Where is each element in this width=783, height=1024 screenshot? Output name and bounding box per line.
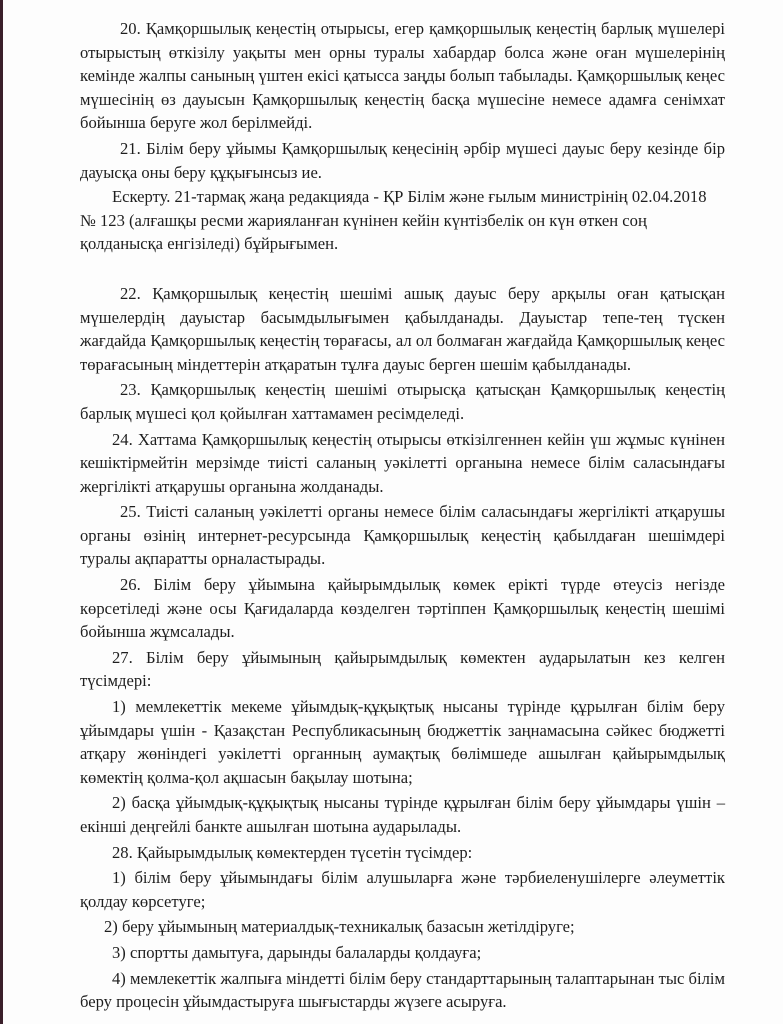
paragraph-28-item-1: 1) білім беру ұйымындағы білім алушыларғ…: [80, 866, 725, 913]
paragraph-28-item-3: 3) спортты дамытуға, дарынды балаларды қ…: [80, 941, 725, 965]
paragraph-23: 23. Қамқоршылық кеңестің шешімі отырысқа…: [80, 378, 725, 425]
paragraph-28: 28. Қайырымдылық көмектерден түсетін түс…: [80, 841, 725, 865]
paragraph-25: 25. Тиісті саланың уәкілетті органы неме…: [80, 500, 725, 571]
paragraph-27-item-2: 2) басқа ұйымдық-құқықтық нысаны түрінде…: [80, 791, 725, 838]
paragraph-21: 21. Білім беру ұйымы Қамқоршылық кеңесін…: [80, 137, 725, 184]
paragraph-24: 24. Хаттама Қамқоршылық кеңестің отырысы…: [80, 428, 725, 499]
paragraph-28-item-4: 4) мемлекеттік жалпыға міндетті білім бе…: [80, 967, 725, 1014]
paragraph-27: 27. Білім беру ұйымының қайырымдылық көм…: [80, 646, 725, 693]
note-paragraph-21: Ескерту. 21-тармақ жаңа редакцияда - ҚР …: [80, 185, 725, 256]
paragraph-20: 20. Қамқоршылық кеңестің отырысы, егер қ…: [80, 17, 725, 135]
paragraph-27-item-1: 1) мемлекеттік мекеме ұйымдық-құқықтық н…: [80, 695, 725, 789]
document-body: 20. Қамқоршылық кеңестің отырысы, егер қ…: [80, 17, 725, 1014]
paragraph-22: 22. Қамқоршылық кеңестің шешімі ашық дау…: [80, 282, 725, 376]
page-left-edge-shadow: [0, 0, 3, 1024]
paragraph-28-item-2: 2) беру ұйымының материалдық-техникалық …: [80, 915, 725, 939]
document-page: 20. Қамқоршылық кеңестің отырысы, егер қ…: [0, 0, 783, 1024]
paragraph-26: 26. Білім беру ұйымына қайырымдылық көме…: [80, 573, 725, 644]
